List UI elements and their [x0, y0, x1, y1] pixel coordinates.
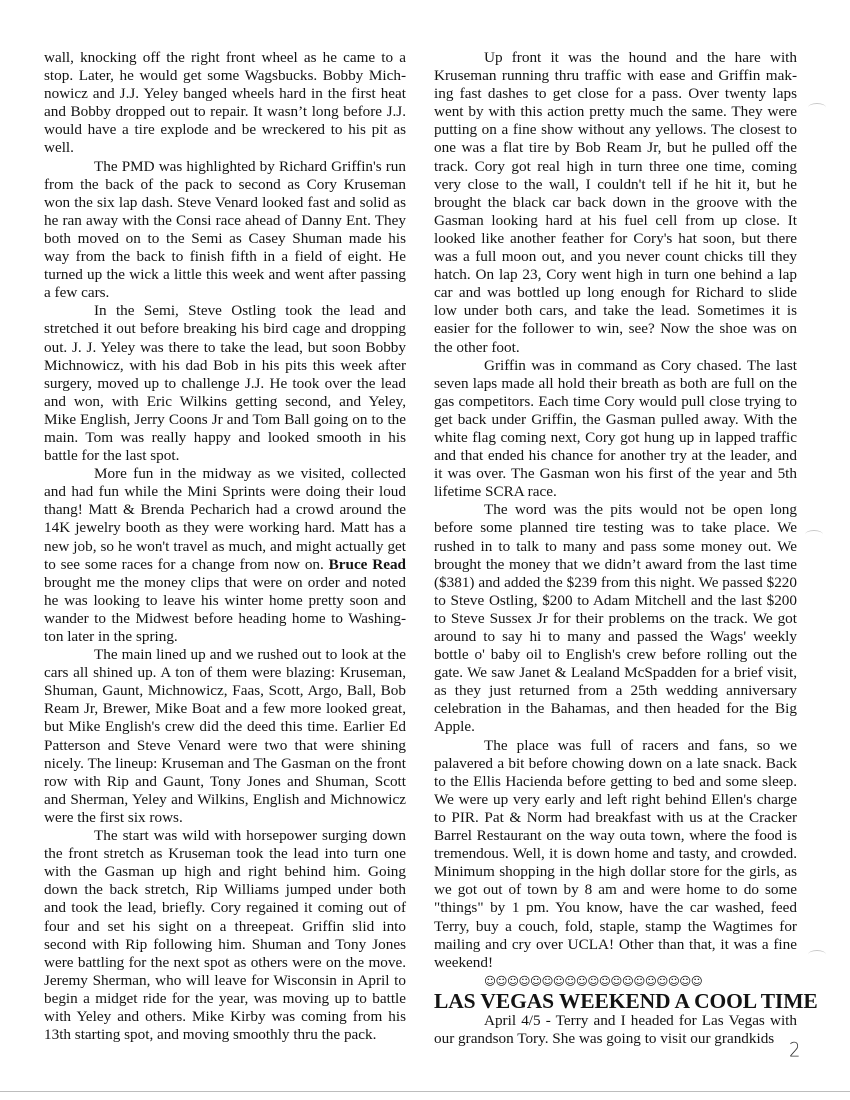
scan-mark — [808, 103, 826, 112]
page-number: 2 — [789, 1039, 800, 1062]
paragraph-hound-hare: Up front it was the hound and the hare w… — [434, 49, 797, 357]
paragraph-start: The start was wild with horsepower surgi… — [44, 827, 406, 1044]
bottom-rule — [0, 1091, 850, 1092]
paragraph-griffin-command: Griffin was in command as Cory chased. T… — [434, 357, 797, 502]
paragraph-las-vegas: April 4/5 - Terry and I headed for Las V… — [434, 1012, 797, 1048]
left-column: wall, knocking off the right front wheel… — [44, 49, 406, 1044]
section-headline: LAS VEGAS WEEKEND A COOL TIME — [434, 990, 797, 1012]
paragraph-main-lineup: The main lined up and we rushed out to l… — [44, 646, 406, 827]
smiley-separator: ☺☺☺☺☺☺☺☺☺☺☺☺☺☺☺☺☺☺☺ — [434, 972, 797, 990]
paragraph-midway: More fun in the midway as we visited, co… — [44, 465, 406, 646]
paragraph-wall-knocking: wall, knocking off the right front wheel… — [44, 49, 406, 158]
bruce-read-name: Bruce Read — [329, 556, 406, 573]
right-column: Up front it was the hound and the hare w… — [434, 49, 797, 1048]
scan-mark — [808, 950, 826, 959]
paragraph-pits-money: The word was the pits would not be open … — [434, 501, 797, 736]
scan-mark — [805, 530, 823, 539]
paragraph-place-full: The place was full of racers and fans, s… — [434, 737, 797, 972]
paragraph-pmd: The PMD was highlighted by Richard Griff… — [44, 158, 406, 303]
midway-text-2: brought me the money clips that were on … — [44, 574, 406, 645]
paragraph-semi: In the Semi, Steve Ostling took the lead… — [44, 302, 406, 465]
